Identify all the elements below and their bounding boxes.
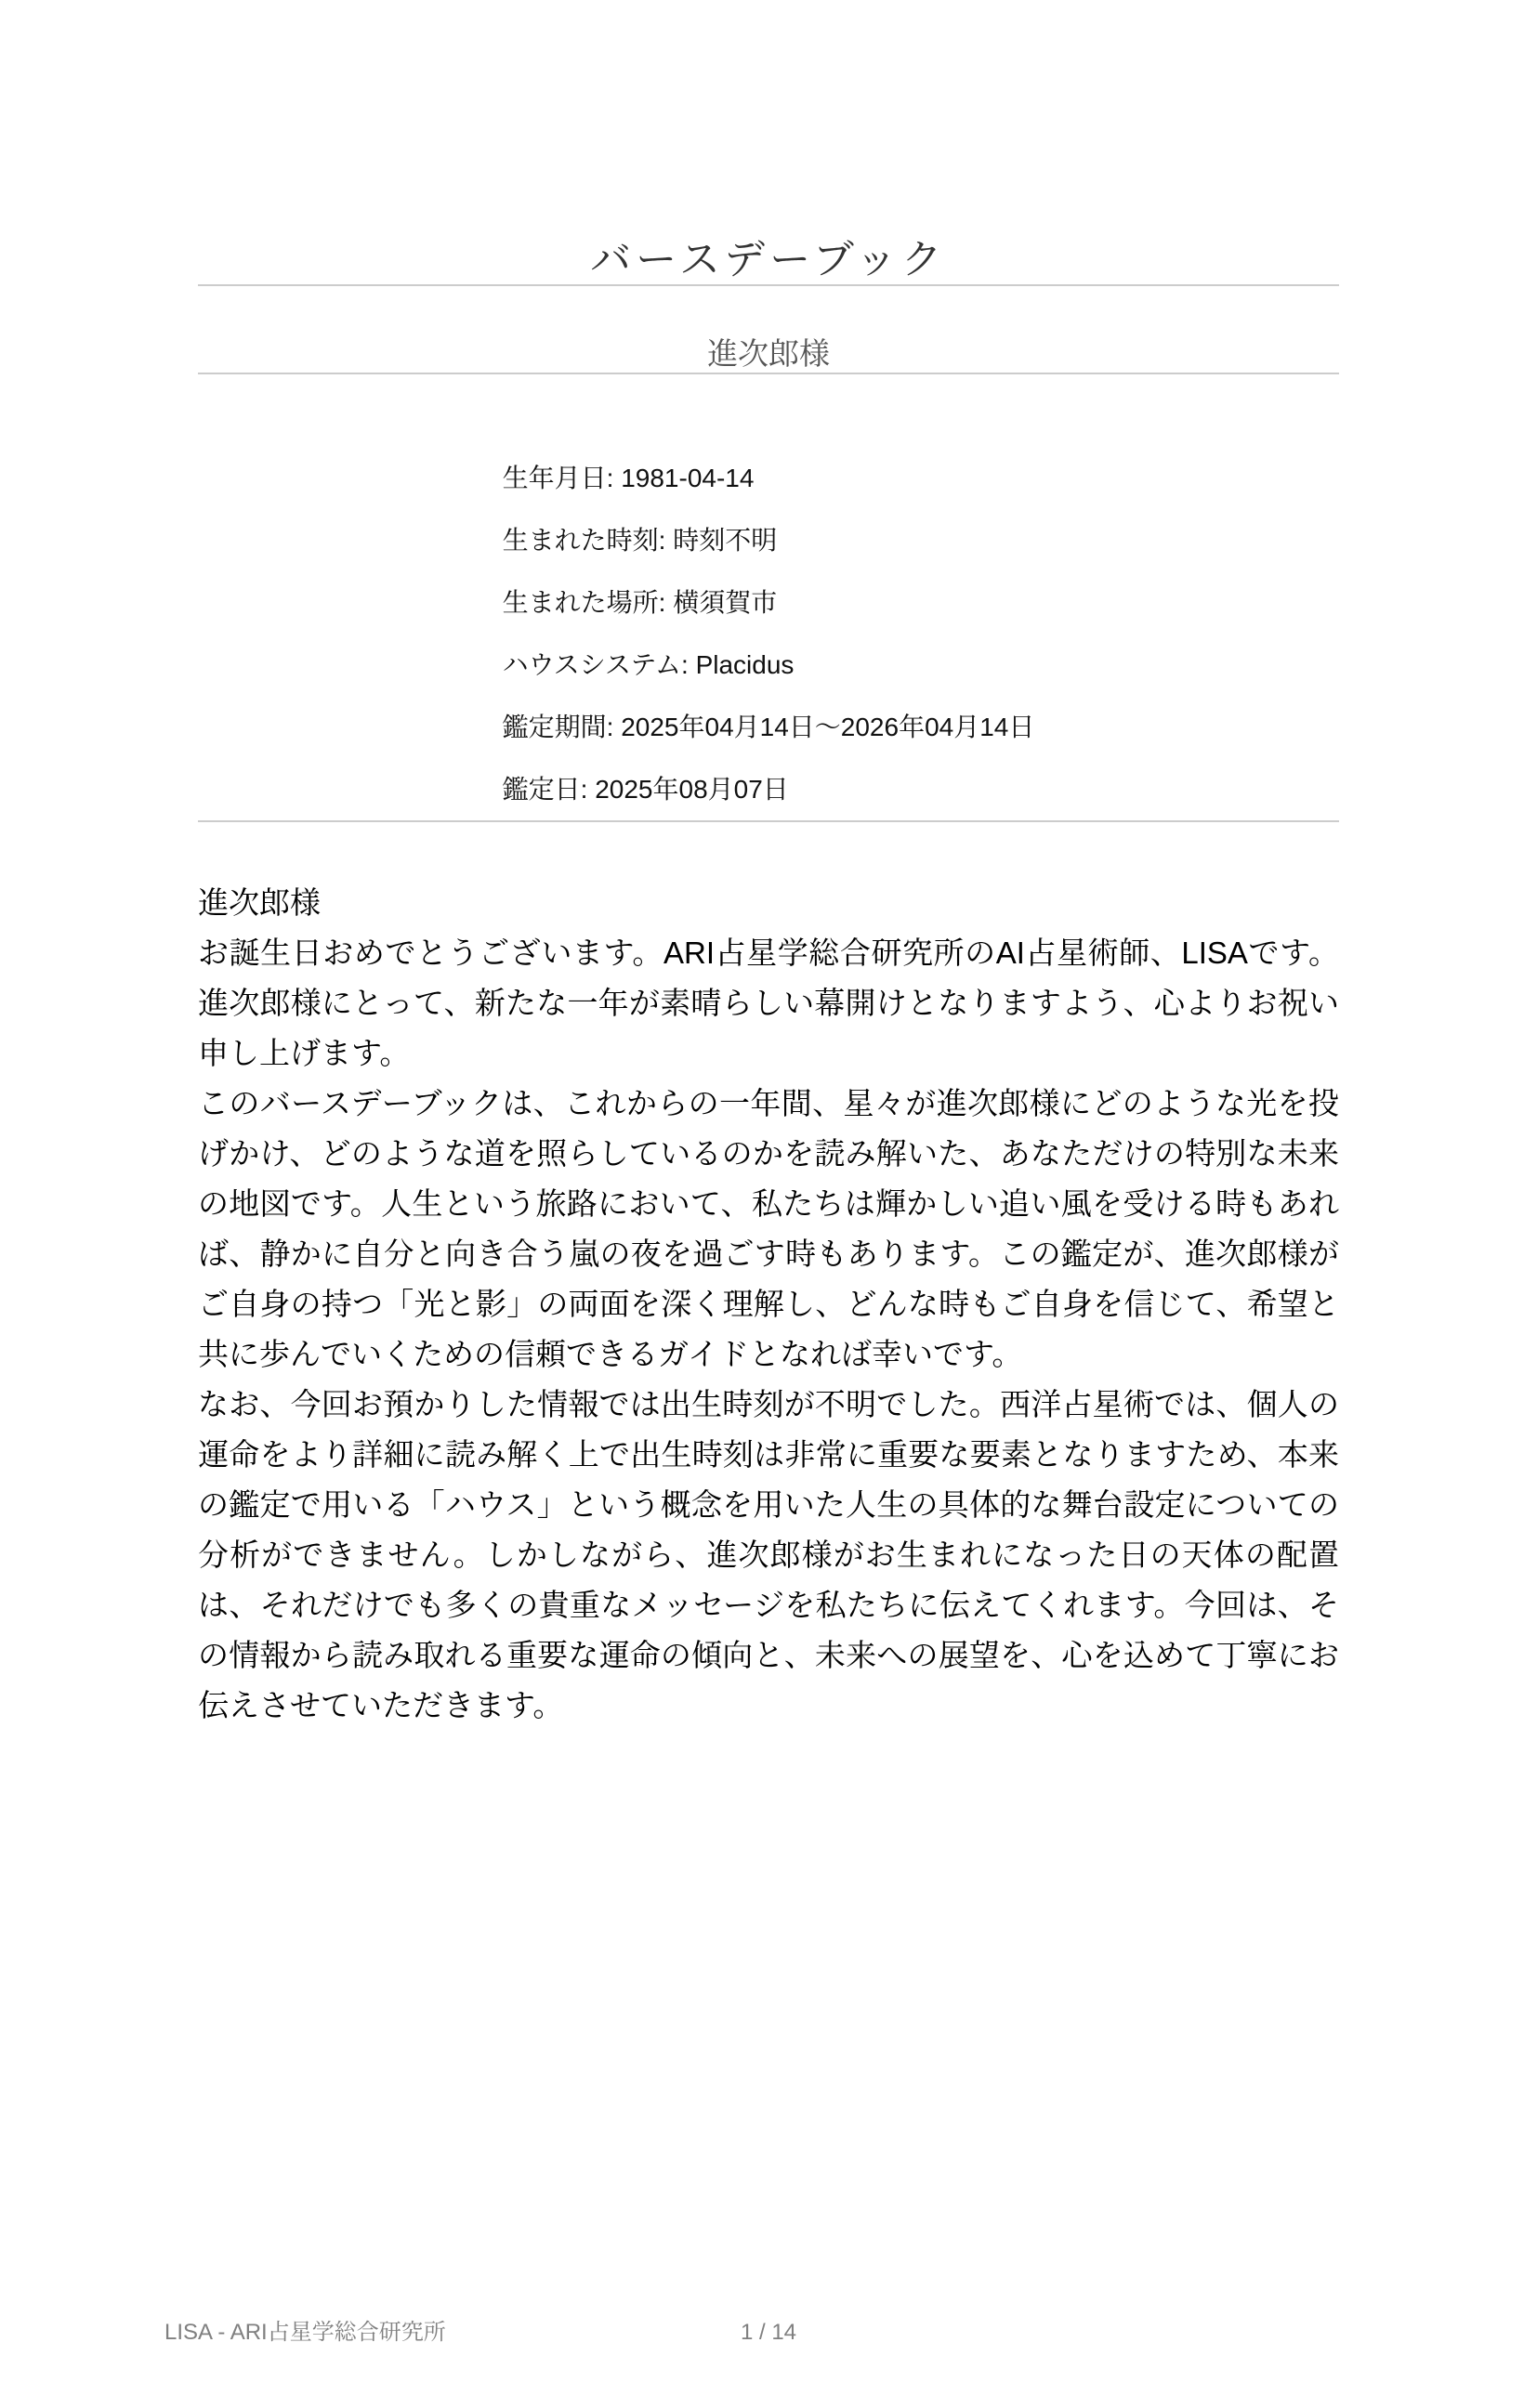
salutation-heading: 進次郎様 <box>198 878 1339 928</box>
info-row-house-system: ハウスシステム: Placidus <box>503 634 1035 696</box>
info-separator: : <box>607 713 622 741</box>
info-value: Placidus <box>696 650 795 679</box>
info-label: 生まれた場所 <box>503 588 659 617</box>
page-number: 1 / 14 <box>0 2319 1537 2347</box>
info-separator: : <box>581 775 596 804</box>
title-divider <box>198 284 1339 286</box>
info-row-birthtime: 生まれた時刻: 時刻不明 <box>503 509 1035 571</box>
info-separator: : <box>659 588 674 617</box>
birth-info-list: 生年月日: 1981-04-14 生まれた時刻: 時刻不明 生まれた場所: 横須… <box>503 447 1035 820</box>
page-content: バースデーブック 進次郎様 生年月日: 1981-04-14 生まれた時刻: 時… <box>0 235 1537 1731</box>
info-value: 1981-04-14 <box>621 464 754 492</box>
info-value: 2025年04月14日～2026年04月14日 <box>621 713 1034 741</box>
info-row-reading-period: 鑑定期間: 2025年04月14日～2026年04月14日 <box>503 696 1035 758</box>
info-row-birthdate: 生年月日: 1981-04-14 <box>503 447 1035 509</box>
info-separator: : <box>659 526 674 555</box>
document-page: { "document": { "title": "バースデーブック", "re… <box>0 235 1537 2408</box>
info-row-birthplace: 生まれた場所: 横須賀市 <box>503 571 1035 634</box>
info-value: 横須賀市 <box>673 588 777 617</box>
info-label: ハウスシステム <box>503 650 681 679</box>
subtitle-divider <box>198 373 1339 374</box>
page-title: バースデーブック <box>198 235 1339 284</box>
info-value: 時刻不明 <box>673 526 777 555</box>
info-label: 鑑定日 <box>503 775 581 804</box>
section-divider <box>198 820 1339 822</box>
info-label: 生まれた時刻 <box>503 526 659 555</box>
info-row-reading-date: 鑑定日: 2025年08月07日 <box>503 758 1035 820</box>
body-paragraph-overview: このバースデーブックは、これからの一年間、星々が進次郎様にどのような光を投げかけ… <box>198 1079 1339 1380</box>
info-separator: : <box>681 650 696 679</box>
info-value: 2025年08月07日 <box>595 775 789 804</box>
info-label: 生年月日 <box>503 464 607 492</box>
body-paragraph-birthtime-note: なお、今回お預かりした情報では出生時刻が不明でした。西洋占星術では、個人の運命を… <box>198 1380 1339 1731</box>
recipient-subtitle: 進次郎様 <box>198 335 1339 373</box>
body-paragraph-greeting: お誕生日おめでとうございます。ARI占星学総合研究所のAI占星術師、LISAです… <box>198 928 1339 1079</box>
info-label: 鑑定期間 <box>503 713 607 741</box>
info-separator: : <box>607 464 622 492</box>
